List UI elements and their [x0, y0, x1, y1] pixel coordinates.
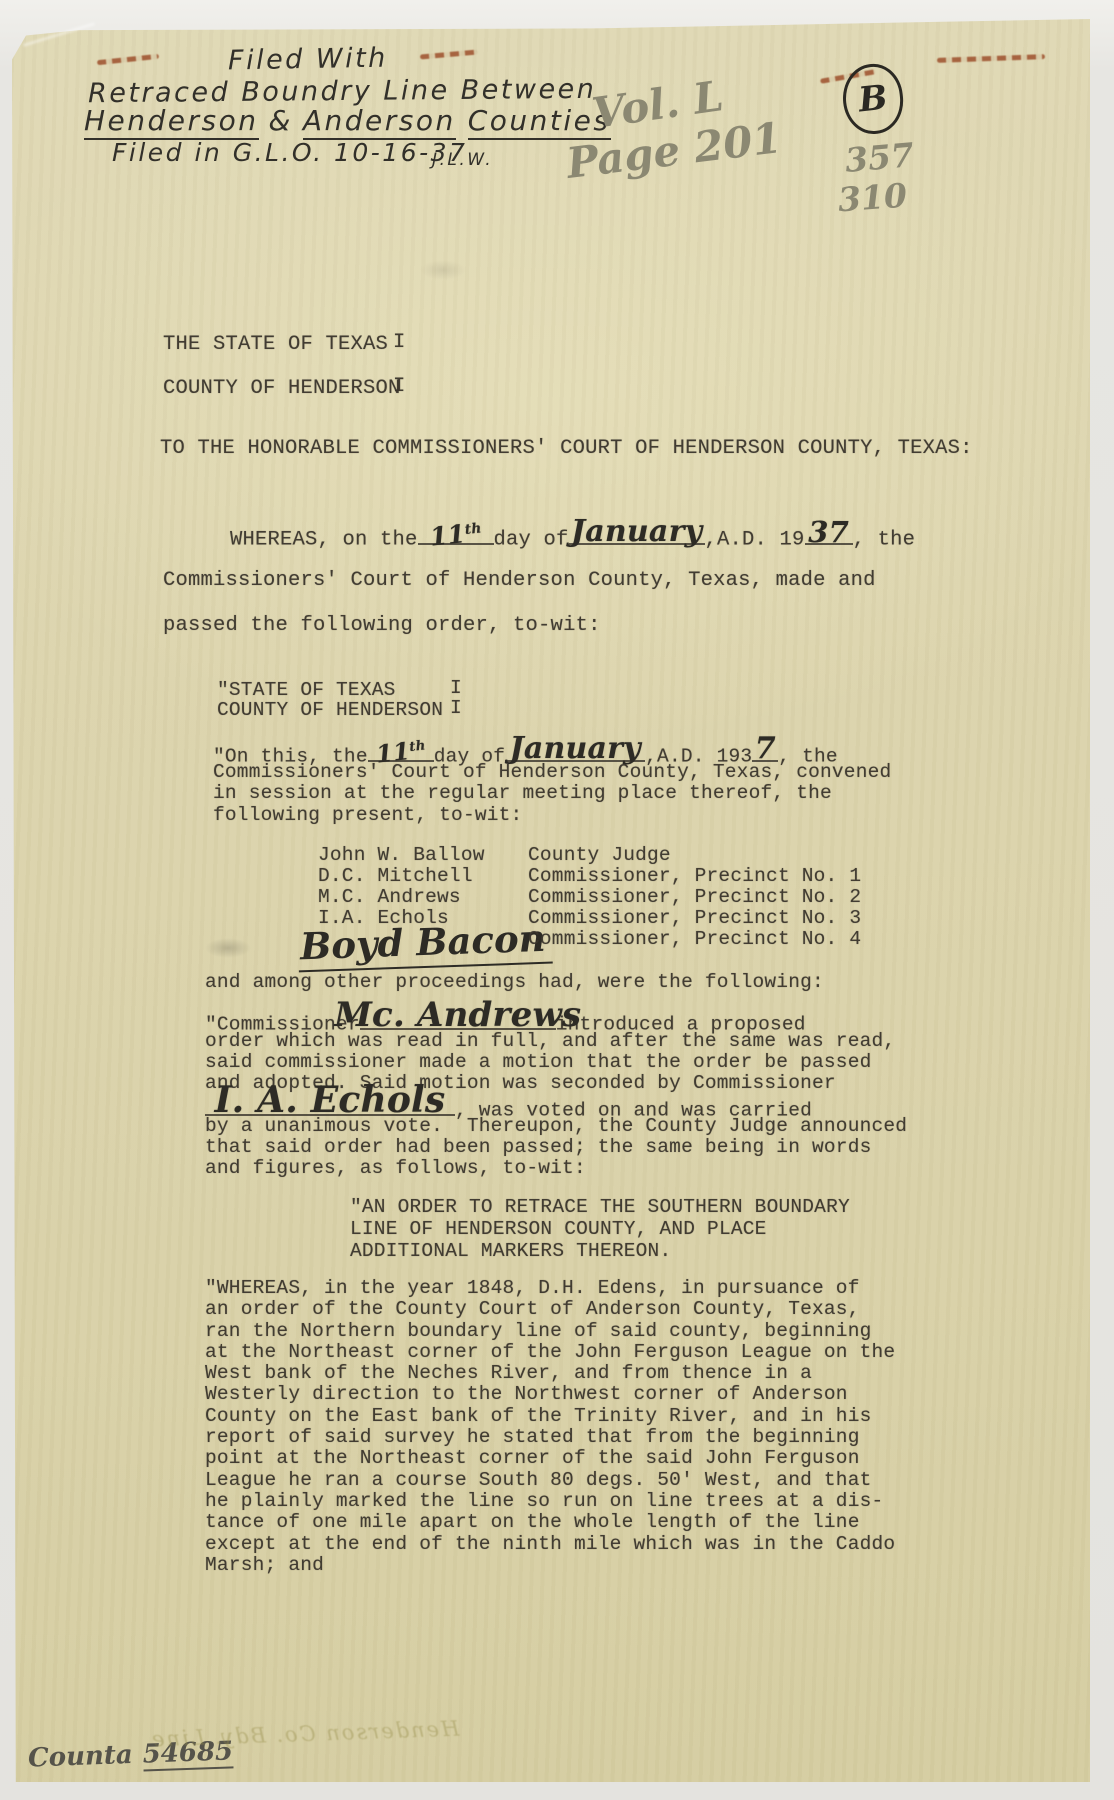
- typed-line: passed the following order, to-wit:: [163, 615, 601, 636]
- whereas-1848-paragraph: "WHEREAS, in the year 1848, D.H. Edens, …: [205, 1278, 895, 1576]
- typed-line: ADDITIONAL MARKERS THEREON.: [350, 1240, 850, 1262]
- typed-line: ran the Northern boundary line of said c…: [205, 1321, 895, 1342]
- handwritten-month: January: [571, 517, 702, 547]
- on-this-paragraph: Commissioners' Court of Henderson County…: [213, 762, 891, 826]
- official-title: Commissioner, Precinct No. 3: [528, 908, 861, 929]
- handwritten-month: January: [509, 734, 640, 764]
- motion-paragraph-b: by a unanimous vote. Thereupon, the Coun…: [205, 1116, 907, 1178]
- official-title: County Judge: [528, 845, 671, 866]
- official-name: D.C. Mitchell: [318, 866, 473, 887]
- paper-blemish: [420, 260, 466, 280]
- typed-line: Westerly direction to the Northwest corn…: [205, 1384, 895, 1405]
- typed-line: "AN ORDER TO RETRACE THE SOUTHERN BOUNDA…: [350, 1196, 850, 1218]
- typed-line: that said order had been passed; the sam…: [205, 1137, 907, 1158]
- fill-in-blank-day: 11th: [418, 522, 494, 545]
- order-heading: "AN ORDER TO RETRACE THE SOUTHERN BOUNDA…: [350, 1196, 850, 1262]
- official-title: Commissioner, Precinct No. 1: [528, 866, 861, 887]
- caption-bracket: I: [450, 678, 462, 699]
- typed-line: County on the East bank of the Trinity R…: [205, 1406, 895, 1427]
- handwritten-signature-boyd-bacon: Boyd Bacon: [297, 916, 552, 973]
- header-note-line4: Filed in G.L.O. 10-16-37: [112, 138, 467, 167]
- official-title: Commissioner, Precinct No. 2: [528, 887, 861, 908]
- salutation: TO THE HONORABLE COMMISSIONERS' COURT OF…: [160, 438, 973, 459]
- header-note-line1: Filed With: [228, 43, 388, 77]
- pencil-number-1: 357: [843, 135, 915, 180]
- ampersand: &: [259, 104, 303, 137]
- whereas-line: WHEREAS, on the11thday ofJanuary,A.D. 19…: [230, 522, 915, 551]
- fill-in-blank-month: January: [505, 740, 645, 762]
- typed-line: an order of the County Court of Anderson…: [205, 1299, 895, 1320]
- official-title: Commissioner, Precinct No. 4: [528, 929, 861, 950]
- typed-line: Marsh; and: [205, 1555, 895, 1576]
- pencil-number-2: 310: [837, 176, 908, 220]
- caption-bracket: I: [393, 332, 406, 353]
- ink-smudge: [205, 938, 251, 958]
- typed-line: except at the end of the ninth mile whic…: [205, 1534, 895, 1555]
- fill-in-blank-commissioner: Mc. Andrews: [360, 1008, 556, 1030]
- typed-line: he plainly marked the line so run on lin…: [205, 1491, 895, 1512]
- typed-fragment: , the: [853, 529, 916, 552]
- caption-county: COUNTY OF HENDERSON: [163, 378, 401, 399]
- inner-caption-county: COUNTY OF HENDERSON: [217, 700, 443, 721]
- underlined-word: Henderson: [84, 104, 259, 140]
- typed-line: said commissioner made a motion that the…: [205, 1052, 895, 1073]
- fill-in-blank-seconder: I. A. Echols: [205, 1094, 455, 1116]
- typed-line: at the Northeast corner of the John Ferg…: [205, 1342, 895, 1363]
- typed-line: tance of one mile apart on the whole len…: [205, 1512, 895, 1533]
- header-initials: J.L.W.: [432, 150, 493, 170]
- typed-line: and among other proceedings had, were th…: [205, 972, 824, 993]
- typed-line: and figures, as follows, to-wit:: [205, 1158, 907, 1179]
- caption-state: THE STATE OF TEXAS: [163, 334, 388, 355]
- typed-line: "WHEREAS, in the year 1848, D.H. Edens, …: [205, 1278, 895, 1299]
- typed-line: by a unanimous vote. Thereupon, the Coun…: [205, 1116, 907, 1137]
- official-name: M.C. Andrews: [318, 887, 461, 908]
- typed-line: LINE OF HENDERSON COUNTY, AND PLACE: [350, 1218, 850, 1240]
- fill-in-blank-month: January: [569, 522, 705, 545]
- typed-line: Commissioners' Court of Henderson County…: [163, 570, 876, 591]
- official-name: John W. Ballow: [318, 845, 485, 866]
- caption-bracket: I: [450, 698, 462, 719]
- typed-line: point at the Northeast corner of the sai…: [205, 1448, 895, 1469]
- typed-line: West bank of the Neches River, and from …: [205, 1363, 895, 1384]
- typed-line: order which was read in full, and after …: [205, 1031, 895, 1052]
- typed-line: in session at the regular meeting place …: [213, 783, 891, 804]
- inner-caption-state: "STATE OF TEXAS: [217, 680, 396, 701]
- handwritten-year-digit: 7: [755, 734, 776, 764]
- fill-in-blank-day: 11th: [368, 740, 434, 762]
- typed-line: report of said survey he stated that fro…: [205, 1427, 895, 1448]
- header-note-line3: Henderson&AndersonCounties: [84, 104, 611, 137]
- typed-line: League he ran a course South 80 degs. 50…: [205, 1470, 895, 1491]
- caption-bracket: I: [393, 376, 406, 397]
- typed-line: following present, to-wit:: [213, 805, 891, 826]
- typed-fragment: WHEREAS, on the: [230, 529, 418, 552]
- pencil-word: Counta: [28, 1740, 134, 1774]
- underlined-word: Counties: [468, 104, 611, 140]
- handwritten-day: 11th: [428, 519, 482, 549]
- fill-in-blank-year: 7: [752, 740, 778, 762]
- typed-fragment: day of: [494, 529, 569, 552]
- fill-in-blank-year: 37: [805, 522, 853, 545]
- handwritten-seconder-name: I. A. Echols: [215, 1082, 446, 1118]
- handwritten-commissioner-name: Mc. Andrews: [334, 998, 581, 1032]
- typed-line: Commissioners' Court of Henderson County…: [213, 762, 891, 783]
- handwritten-year: 37: [808, 518, 849, 547]
- scanned-document-photo: { "colors":{"paper":"#dcd4ad","backgroun…: [0, 0, 1114, 1800]
- underlined-word: Anderson: [303, 104, 456, 140]
- typed-fragment: ,A.D. 19: [705, 529, 805, 552]
